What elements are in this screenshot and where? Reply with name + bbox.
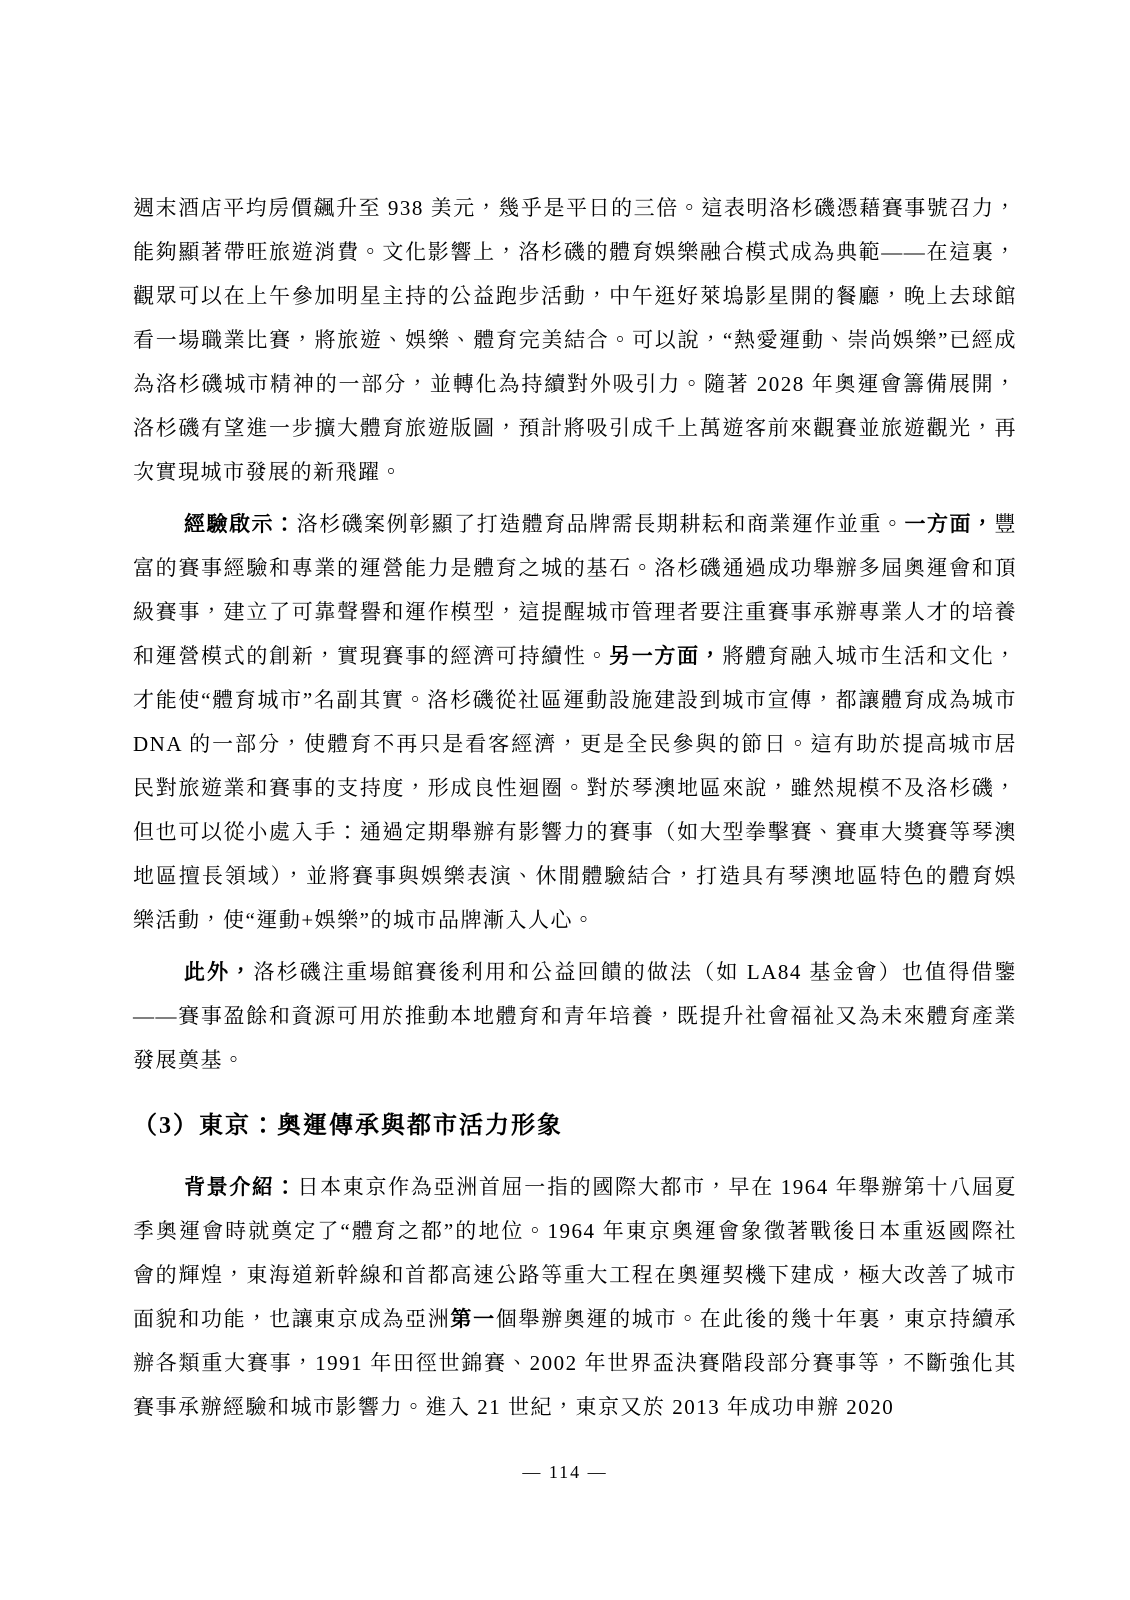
document-page: 週末酒店平均房價飆升至 938 美元，幾乎是平日的三倍。這表明洛杉磯憑藉賽事號召…	[0, 0, 1130, 1600]
bold-text-run: 經驗啟示：	[184, 512, 297, 536]
page-body: 週末酒店平均房價飆升至 938 美元，幾乎是平日的三倍。這表明洛杉磯憑藉賽事號召…	[133, 186, 1017, 1437]
paragraph-experience-insight: 經驗啟示：洛杉磯案例彰顯了打造體育品牌需長期耕耘和商業運作並重。一方面，豐富的賽…	[133, 502, 1017, 942]
bold-text-run: 另一方面，	[609, 644, 722, 668]
page-number: — 114 —	[522, 1462, 607, 1482]
bold-text-run: 背景介紹：	[184, 1175, 297, 1199]
page-footer: — 114 —	[0, 1462, 1130, 1483]
paragraph-additional-note: 此外，洛杉磯注重場館賽後利用和公益回饋的做法（如 LA84 基金會）也值得借鑒—…	[133, 950, 1017, 1082]
paragraph-tokyo-background: 背景介紹：日本東京作為亞洲首屈一指的國際大都市，早在 1964 年舉辦第十八屆夏…	[133, 1165, 1017, 1429]
section-heading-tokyo: （3）東京：奧運傳承與都市活力形象	[133, 1104, 1017, 1148]
text-run: 洛杉磯注重場館賽後利用和公益回饋的做法（如 LA84 基金會）也值得借鑒——賽事…	[133, 960, 1017, 1072]
bold-text-run: 第一	[450, 1307, 495, 1331]
bold-text-run: 此外，	[184, 960, 253, 984]
bold-text-run: 一方面，	[904, 512, 994, 536]
text-run: 洛杉磯案例彰顯了打造體育品牌需長期耕耘和商業運作並重。	[297, 512, 905, 536]
text-run: 將體育融入城市生活和文化，才能使“體育城市”名副其實。洛杉磯從社區運動設施建設到…	[133, 644, 1017, 932]
paragraph-weekend-hotel: 週末酒店平均房價飆升至 938 美元，幾乎是平日的三倍。這表明洛杉磯憑藉賽事號召…	[133, 186, 1017, 494]
text-run: 週末酒店平均房價飆升至 938 美元，幾乎是平日的三倍。這表明洛杉磯憑藉賽事號召…	[133, 196, 1017, 484]
